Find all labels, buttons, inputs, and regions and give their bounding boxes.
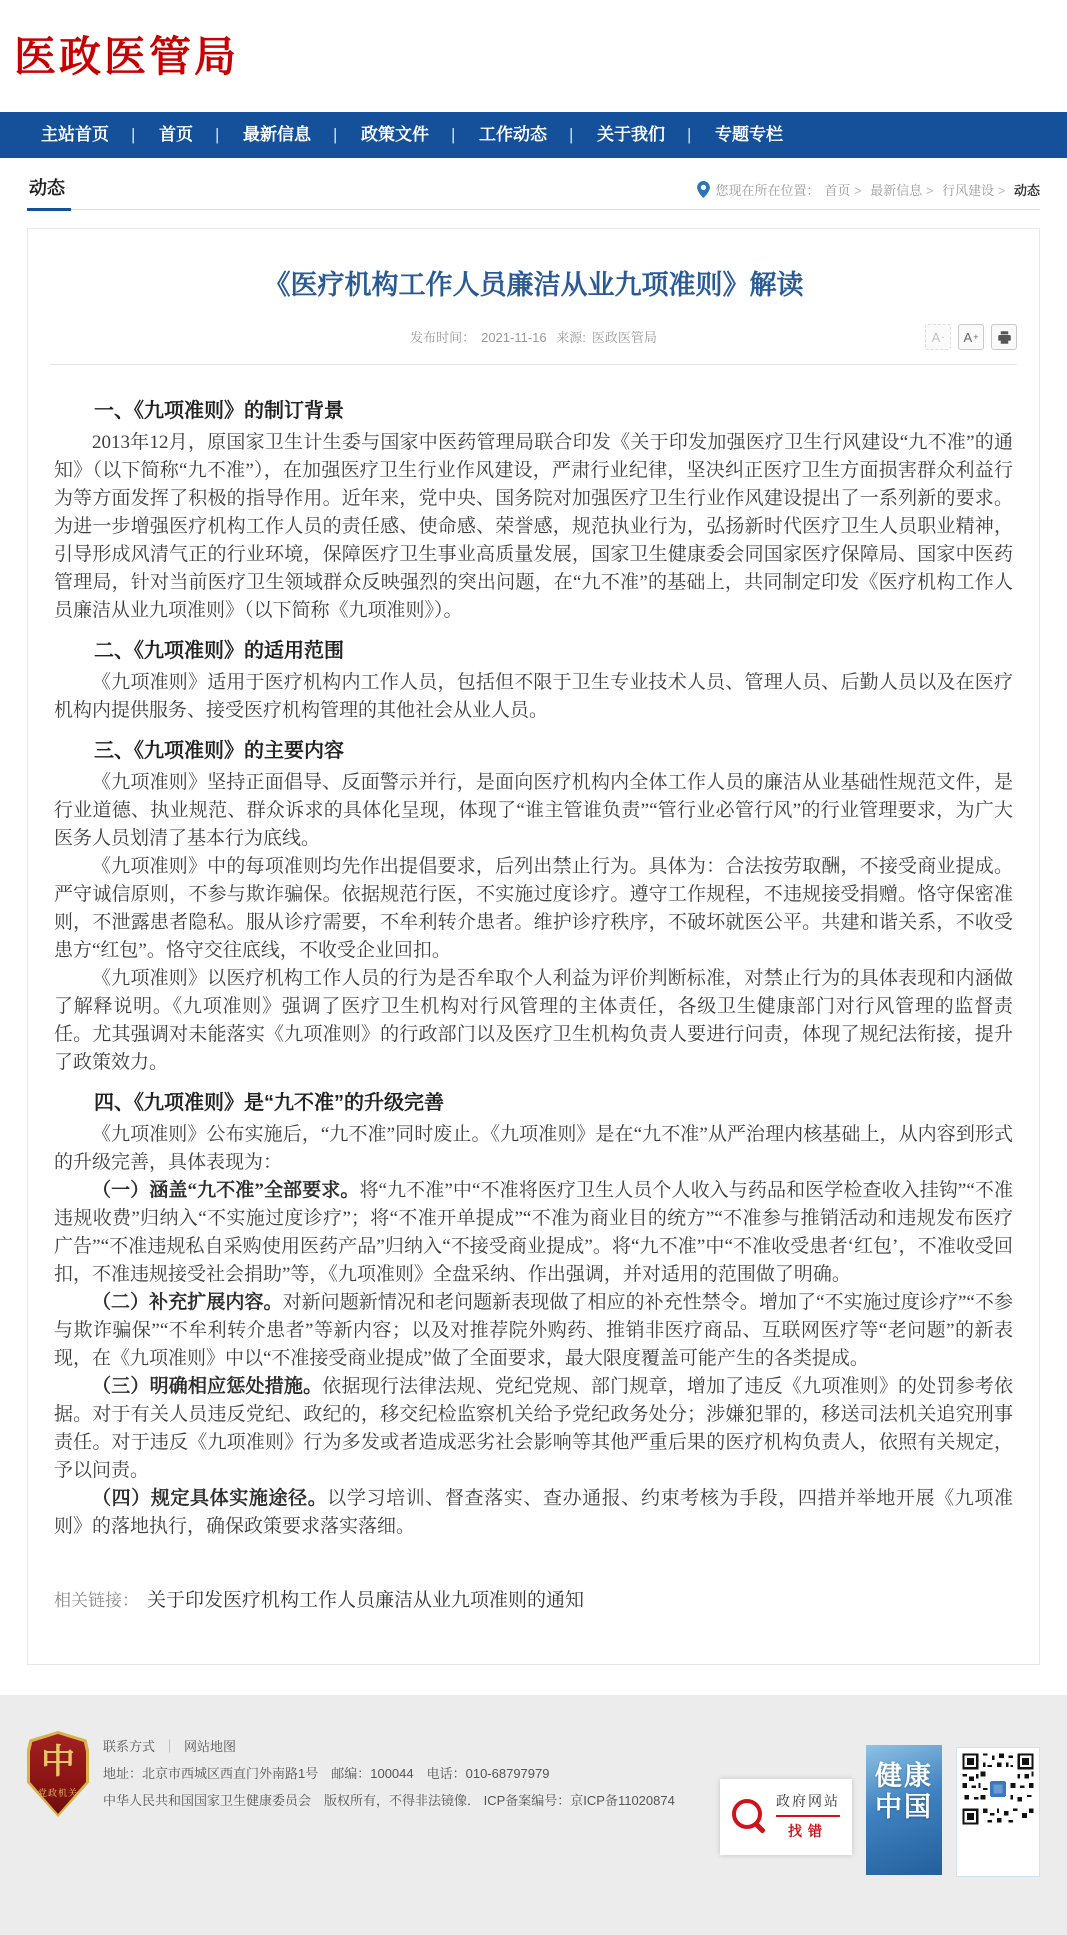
paragraph: （三）明确相应惩处措施。依据现行法律法规、党纪党规、部门规章，增加了违反《九项准… — [54, 1373, 1013, 1485]
footer: 中 党政机关 联系方式｜网站地图 地址：北京市西城区西直门外南路1号 邮编：10… — [0, 1695, 1067, 1935]
paragraph-lead: （一）涵盖“九不准”全部要求。 — [92, 1180, 359, 1201]
hc-line2: 中国 — [866, 1792, 942, 1823]
article-meta: 发布时间：2021-11-16 来源:医政医管局 — [28, 324, 1039, 352]
address-line: 地址：北京市西城区西直门外南路1号 邮编：100044 电话：010-68797… — [103, 1760, 675, 1787]
main-nav: 主站首页 首页 最新信息 政策文件 工作动态 关于我们 专题专栏 — [0, 112, 1067, 158]
font-increase-button[interactable]: A+ — [958, 324, 984, 350]
nav-item-main-home[interactable]: 主站首页 — [16, 112, 134, 158]
paragraph: 《九项准则》公布实施后，“九不准”同时废止。《九项准则》是在“九不准”从严治理内… — [54, 1121, 1013, 1177]
paragraph: 《九项准则》中的每项准则均先作出提倡要求，后列出禁止行为。具体为：合法按劳取酬，… — [54, 853, 1013, 965]
site-header: 医政医管局 — [0, 0, 1067, 112]
publish-date: 2021-11-16 — [481, 330, 547, 345]
emblem-glyph: 中 — [41, 1746, 75, 1780]
nav-item-special-topics[interactable]: 专题专栏 — [690, 112, 808, 158]
page: 医政医管局 主站首页 首页 最新信息 政策文件 工作动态 关于我们 专题专栏 动… — [0, 0, 1067, 1935]
location-pin-icon — [697, 181, 710, 198]
gov-badge-line1: 政府网站 — [776, 1791, 840, 1817]
font-letter: A — [932, 330, 941, 345]
footer-text: 联系方式｜网站地图 地址：北京市西城区西直门外南路1号 邮编：100044 电话… — [103, 1731, 675, 1877]
footer-badges: 政府网站 找错 健康 中国 — [720, 1731, 1040, 1877]
section-heading: 四、《九项准则》是“九不准”的升级完善 — [54, 1089, 1013, 1117]
breadcrumb-prefix: 您现在所在位置： — [715, 180, 819, 199]
paragraph: （二）补充扩展内容。对新问题新情况和老问题新表现做了相应的补充性禁令。增加了“不… — [54, 1289, 1013, 1373]
source-label: 来源: — [556, 330, 586, 345]
article-tools: A- A+ — [925, 324, 1017, 350]
paragraph: （一）涵盖“九不准”全部要求。将“九不准”中“不准将医疗卫生人员个人收入与药品和… — [54, 1177, 1013, 1289]
paragraph: 《九项准则》以医疗机构工作人员的行为是否牟取个人利益为评价判断标准，对禁止行为的… — [54, 965, 1013, 1077]
section-heading: 三、《九项准则》的主要内容 — [54, 737, 1013, 765]
increase-sign: + — [973, 332, 978, 342]
section-heading: 一、《九项准则》的制订背景 — [54, 397, 1013, 425]
article-card: 《医疗机构工作人员廉洁从业九项准则》解读 发布时间：2021-11-16 来源:… — [27, 228, 1040, 1665]
print-button[interactable] — [991, 324, 1017, 350]
breadcrumb-row: 动态 您现在所在位置： 首页 最新信息 行风建设 动态 — [27, 174, 1040, 210]
paragraph: 《九项准则》坚持正面倡导、反面警示并行，是面向医疗机构内全体工作人员的廉洁从业基… — [54, 769, 1013, 853]
paragraph: 2013年12月，原国家卫生计生委与国家中医药管理局联合印发《关于印发加强医疗卫… — [54, 429, 1013, 625]
decrease-sign: - — [941, 332, 944, 342]
magnifier-icon — [732, 1799, 766, 1833]
gov-badge-line2: 找错 — [776, 1821, 840, 1841]
party-government-emblem: 中 党政机关 — [27, 1731, 89, 1817]
paragraph: （四）规定具体实施途径。以学习培训、督查落实、查办通报、约束考核为手段，四措并举… — [54, 1485, 1013, 1541]
related-link[interactable]: 关于印发医疗机构工作人员廉洁从业九项准则的通知 — [147, 1585, 584, 1612]
breadcrumb-item-conduct-building[interactable]: 行风建设 — [942, 180, 1009, 199]
related-links: 相关链接： 关于印发医疗机构工作人员廉洁从业九项准则的通知 — [28, 1585, 1039, 1612]
emblem-shield: 中 党政机关 — [30, 1734, 86, 1814]
sitemap-link[interactable]: 网站地图 — [184, 1739, 236, 1754]
site-logo[interactable]: 医政医管局 — [0, 0, 239, 84]
font-letter: A — [964, 330, 973, 345]
nav-item-policy-documents[interactable]: 政策文件 — [336, 112, 454, 158]
breadcrumb-item-latest-news[interactable]: 最新信息 — [870, 180, 937, 199]
footer-links-separator: ｜ — [163, 1739, 176, 1754]
paragraph: 《九项准则》适用于医疗机构内工作人员，包括但不限于卫生专业技术人员、管理人员、后… — [54, 669, 1013, 725]
contact-link[interactable]: 联系方式 — [103, 1739, 155, 1754]
font-decrease-button[interactable]: A- — [925, 324, 951, 350]
paragraph-lead: （四）规定具体实施途径。 — [92, 1488, 327, 1509]
nav-item-latest-news[interactable]: 最新信息 — [218, 112, 336, 158]
breadcrumb-item-home[interactable]: 首页 — [824, 180, 865, 199]
source-value: 医政医管局 — [592, 330, 657, 345]
gov-badge-text: 政府网站 找错 — [776, 1791, 840, 1841]
paragraph-lead: （二）补充扩展内容。 — [92, 1292, 283, 1313]
qr-code — [956, 1747, 1040, 1877]
breadcrumb-item-current: 动态 — [1014, 180, 1040, 199]
article-title: 《医疗机构工作人员廉洁从业九项准则》解读 — [68, 263, 999, 302]
footer-links: 联系方式｜网站地图 — [103, 1733, 675, 1760]
page-section-title: 动态 — [27, 174, 71, 211]
hc-line1: 健康 — [866, 1761, 942, 1792]
publish-label: 发布时间： — [410, 330, 475, 345]
article-meta-row: 发布时间：2021-11-16 来源:医政医管局 A- A+ — [28, 324, 1039, 352]
section-heading: 二、《九项准则》的适用范围 — [54, 637, 1013, 665]
footer-left: 中 党政机关 联系方式｜网站地图 地址：北京市西城区西直门外南路1号 邮编：10… — [27, 1731, 675, 1877]
emblem-label: 党政机关 — [38, 1786, 78, 1799]
nav-item-work-trends[interactable]: 工作动态 — [454, 112, 572, 158]
article-body: 一、《九项准则》的制订背景 2013年12月，原国家卫生计生委与国家中医药管理局… — [28, 365, 1039, 1541]
gov-website-error-badge[interactable]: 政府网站 找错 — [720, 1779, 852, 1855]
healthy-china-badge[interactable]: 健康 中国 — [866, 1745, 942, 1875]
related-links-label: 相关链接： — [54, 1586, 139, 1611]
printer-icon — [997, 330, 1012, 345]
nav-item-home[interactable]: 首页 — [134, 112, 218, 158]
copyright-line: 中华人民共和国国家卫生健康委员会 版权所有，不得非法镜像． ICP备案编号：京I… — [103, 1787, 675, 1814]
qr-code-image — [960, 1751, 1036, 1827]
breadcrumb: 您现在所在位置： 首页 最新信息 行风建设 动态 — [697, 180, 1040, 209]
paragraph-lead: （三）明确相应惩处措施。 — [92, 1376, 322, 1397]
nav-item-about-us[interactable]: 关于我们 — [572, 112, 690, 158]
